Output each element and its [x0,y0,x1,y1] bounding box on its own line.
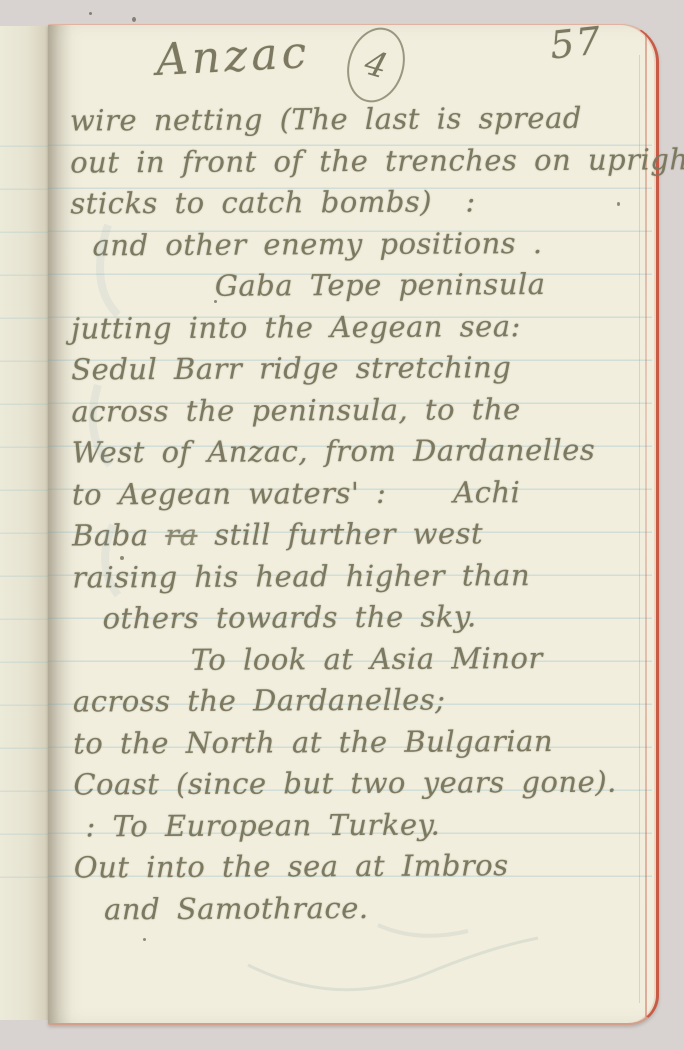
notebook-photo: Anzac 4 57 wire netting (The last is spr… [0,0,684,1050]
handwriting-line: To look at Asia Minor [191,637,647,681]
handwriting-line: wire netting (The last is spread [70,98,644,143]
handwriting-line: West of Anzac, from Dardanelles [72,429,646,474]
handwriting-line: raising his head higher than [72,554,646,599]
paper-fleck [120,556,124,560]
handwriting-segment: still further west [197,516,483,551]
opposite-page-edge [0,26,50,1020]
paper-fleck [617,202,620,206]
page-number: 57 [548,18,605,67]
handwriting-line: to Aegean waters' : Achi [72,471,646,516]
handwriting-line: Coast (since but two years gone). [73,761,647,806]
handwriting-line: out in front of the trenches on upright [70,139,644,184]
paper-fleck [132,17,136,22]
handwriting-line: and other enemy positions . [92,222,644,266]
handwriting-line: Out into the sea at Imbros [74,844,648,889]
ruled-lines-sliver [0,104,50,916]
handwriting-line: sticks to catch bombs) : [70,181,644,226]
handwriting-line: across the peninsula, to the [71,388,645,433]
handwriting-line: jutting into the Aegean sea: [71,305,645,350]
handwriting-line: to the North at the Bulgarian [73,720,647,765]
paper-fleck [214,300,217,303]
handwriting-line: across the Dardanelles; [73,678,647,723]
handwriting-line: Gaba Tepe peninsula [215,264,645,308]
photo-of-diary: { "theme": { "bg": "#d8d3d1", "paper": "… [0,0,684,1050]
gutter-crease [48,25,72,1023]
handwriting-line: : To European Turkey. [86,803,648,847]
handwriting-line: Baba ra still further west [72,512,646,557]
page-title: Anzac [155,27,312,86]
handwriting-line: others towards the sky. [102,595,646,639]
struck-text: ra [165,518,197,552]
paper-fleck [89,12,92,15]
handwriting-block: wire netting (The last is spread out in … [70,98,648,931]
handwriting-line: Sedul Barr ridge stretching [71,346,645,391]
handwriting-line: and Samothrace. [104,886,648,930]
handwriting-segment: Baba [72,518,165,552]
paper-fleck [143,938,146,941]
circled-section-number: 4 [339,21,414,109]
diary-page: Anzac 4 57 wire netting (The last is spr… [48,24,659,1025]
